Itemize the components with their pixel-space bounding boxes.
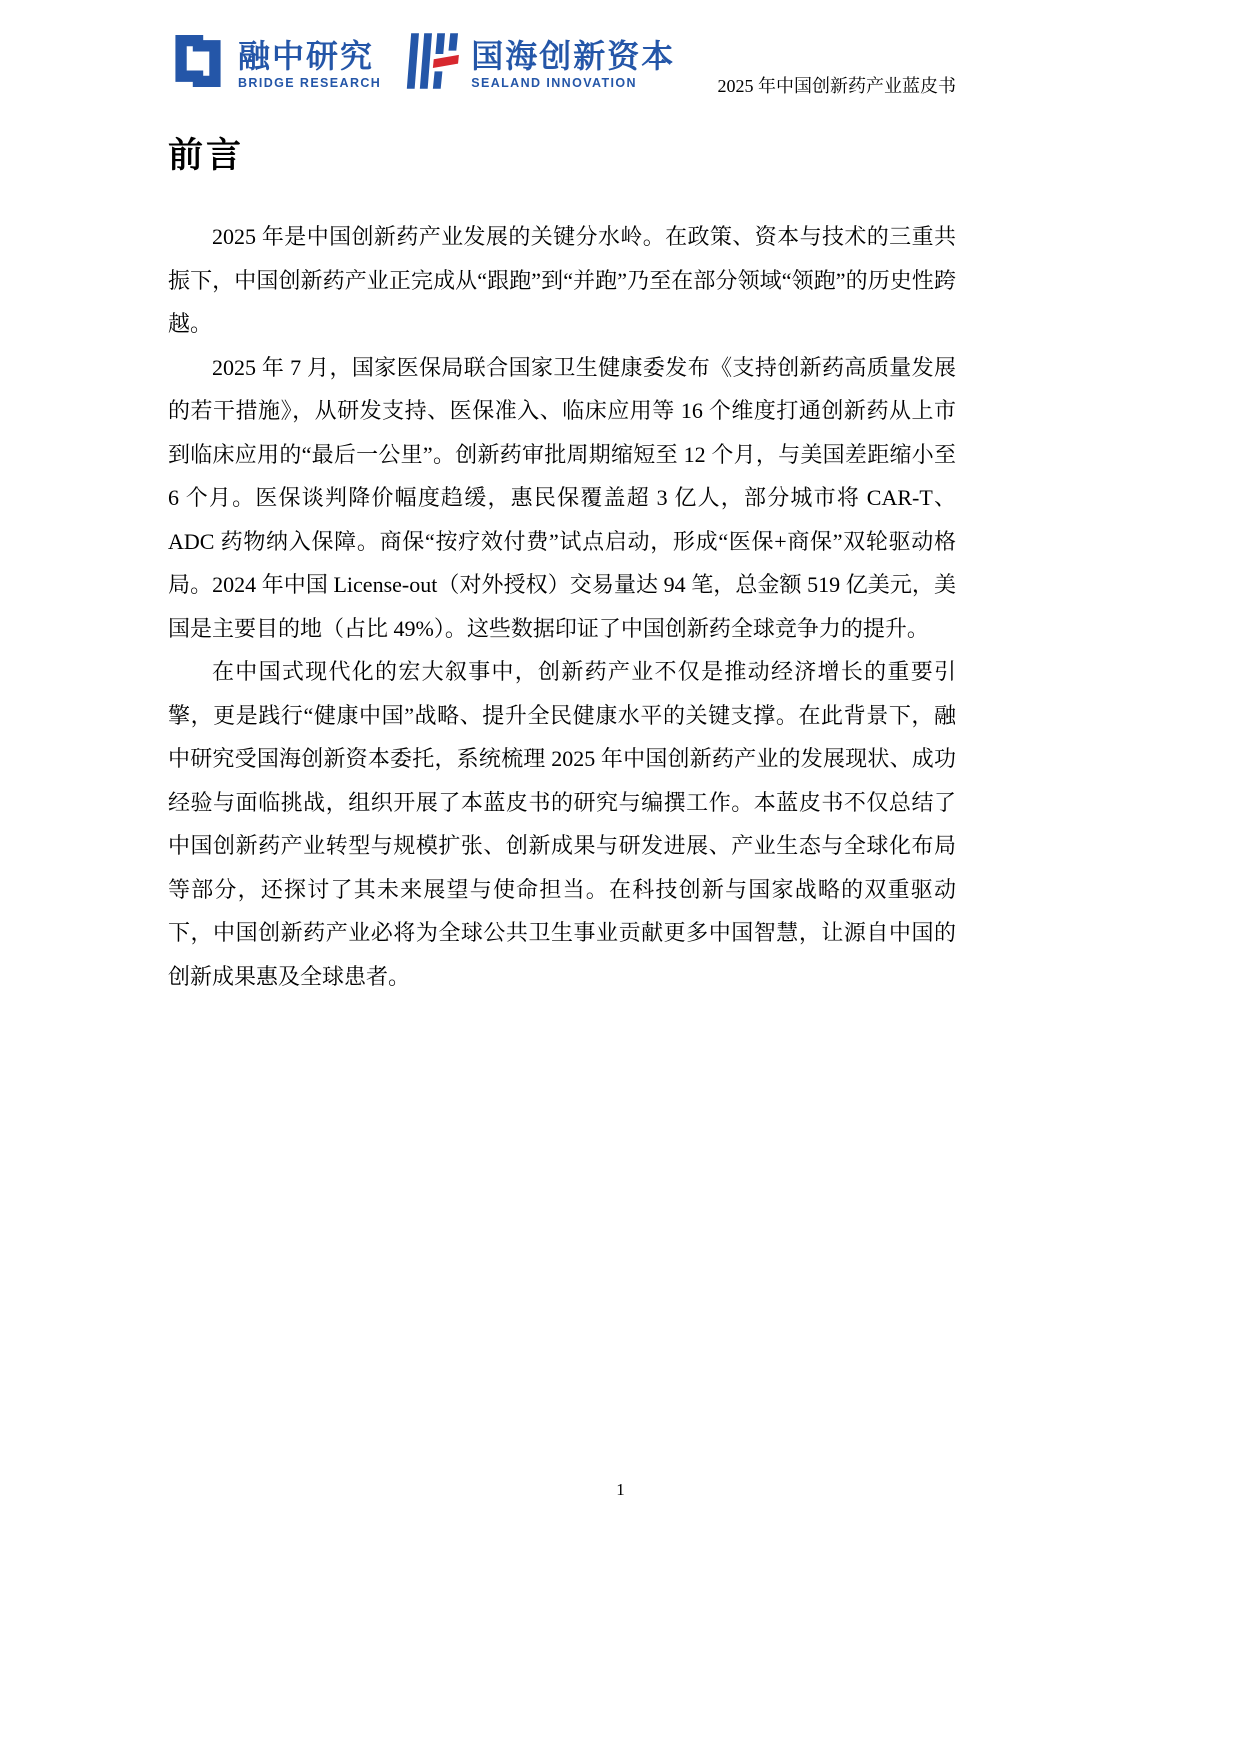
bridge-research-logo-cn: 融中研究 bbox=[238, 38, 381, 74]
bridge-research-logo-icon bbox=[168, 28, 228, 99]
sealand-innovation-logo-en: SEALAND INNOVATION bbox=[471, 76, 675, 90]
paragraph-1: 2025 年是中国创新药产业发展的关键分水岭。在政策、资本与技术的三重共振下，中… bbox=[168, 215, 956, 346]
page-number: 1 bbox=[616, 1480, 625, 1499]
bridge-research-logo-text: 融中研究 BRIDGE RESEARCH bbox=[238, 38, 381, 90]
bridge-research-logo: 融中研究 BRIDGE RESEARCH bbox=[168, 28, 381, 99]
paragraph-3: 在中国式现代化的宏大叙事中，创新药产业不仅是推动经济增长的重要引擎，更是践行“健… bbox=[168, 650, 956, 998]
page-header: 融中研究 BRIDGE RESEARCH 国海创新资本 SEALAND INNO… bbox=[168, 28, 956, 99]
page-footer: 1 bbox=[0, 1480, 1241, 1500]
page-title: 前言 bbox=[168, 133, 956, 179]
sealand-innovation-logo-icon bbox=[403, 28, 461, 99]
sealand-innovation-logo-cn: 国海创新资本 bbox=[471, 38, 675, 74]
main-content: 前言 2025 年是中国创新药产业发展的关键分水岭。在政策、资本与技术的三重共振… bbox=[168, 133, 956, 998]
header-doc-title: 2025 年中国创新药产业蓝皮书 bbox=[718, 75, 957, 99]
bridge-research-logo-en: BRIDGE RESEARCH bbox=[238, 76, 381, 90]
sealand-innovation-logo-text: 国海创新资本 SEALAND INNOVATION bbox=[471, 38, 675, 90]
body-text: 2025 年是中国创新药产业发展的关键分水岭。在政策、资本与技术的三重共振下，中… bbox=[168, 215, 956, 998]
document-page: 融中研究 BRIDGE RESEARCH 国海创新资本 SEALAND INNO… bbox=[0, 0, 1241, 1754]
paragraph-2: 2025 年 7 月，国家医保局联合国家卫生健康委发布《支持创新药高质量发展的若… bbox=[168, 346, 956, 651]
sealand-innovation-logo: 国海创新资本 SEALAND INNOVATION bbox=[403, 28, 675, 99]
